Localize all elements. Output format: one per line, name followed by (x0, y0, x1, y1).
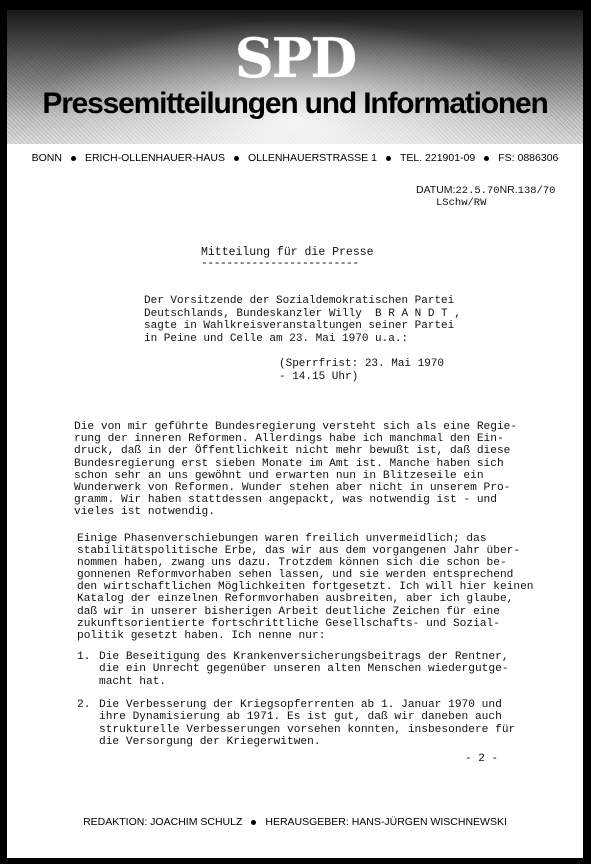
list-item-text: Die Beseitigung des Krankenversicherungs… (99, 651, 509, 688)
letterhead-address: BONNERICH-OLLENHAUER-HAUSOLLENHAUERSTRAS… (7, 152, 583, 164)
spd-logo: SPD (7, 28, 583, 88)
page-continuation-marker: - 2 - (465, 753, 498, 765)
footer-herausgeber: HERAUSGEBER: HANS-JÜRGEN WISCHNEWSKI (265, 816, 507, 828)
intro-paragraph: Der Vorsitzende der Sozialdemokratischen… (144, 295, 461, 345)
nr-label: NR. (500, 184, 518, 196)
address-street: OLLENHAUERSTRASSE 1 (248, 152, 377, 164)
bullet-icon (386, 156, 391, 161)
letterhead-banner: SPD Pressemitteilungen und Informationen (7, 10, 583, 144)
datum-label: DATUM: (416, 184, 455, 196)
bullet-icon (71, 156, 76, 161)
body-paragraph-1: Die von mir geführte Bundesregierung ver… (74, 421, 517, 519)
press-release-page: SPD Pressemitteilungen und Informationen… (7, 10, 583, 858)
list-item-text: Die Verbesserung der Kriegsopferrenten a… (99, 699, 515, 748)
letterhead-footer: REDAKTION: JOACHIM SCHULZHERAUSGEBER: HA… (7, 816, 583, 828)
list-item: 2. Die Verbesserung der Kriegsopferrente… (77, 699, 515, 748)
list-item-number: 2. (77, 699, 99, 748)
document-meta: DATUM:22.5.70NR.138/70 LSchw/RW (416, 184, 555, 209)
address-city: BONN (32, 152, 62, 164)
list-item-number: 1. (77, 651, 99, 688)
address-building: ERICH-OLLENHAUER-HAUS (85, 152, 225, 164)
bullet-icon (234, 156, 239, 161)
datum-value: 22.5.70 (455, 185, 499, 197)
masthead-title: Pressemitteilungen und Informationen (7, 86, 583, 122)
nr-value: 138/70 (518, 185, 556, 197)
address-phone: TEL. 221901-09 (400, 152, 475, 164)
footer-redaktion: REDAKTION: JOACHIM SCHULZ (83, 816, 242, 828)
reference-code: LSchw/RW (416, 197, 555, 209)
bullet-icon (251, 820, 256, 825)
body-paragraph-2: Einige Phasenverschiebungen waren freili… (77, 533, 534, 642)
heading-underline: ------------------------- (201, 257, 359, 271)
bullet-icon (484, 156, 489, 161)
embargo-notice: (Sperrfrist: 23. Mai 1970 - 14.15 Uhr) (279, 358, 444, 383)
list-item: 1. Die Beseitigung des Krankenversicheru… (77, 651, 509, 688)
address-telex: FS: 0886306 (498, 152, 558, 164)
